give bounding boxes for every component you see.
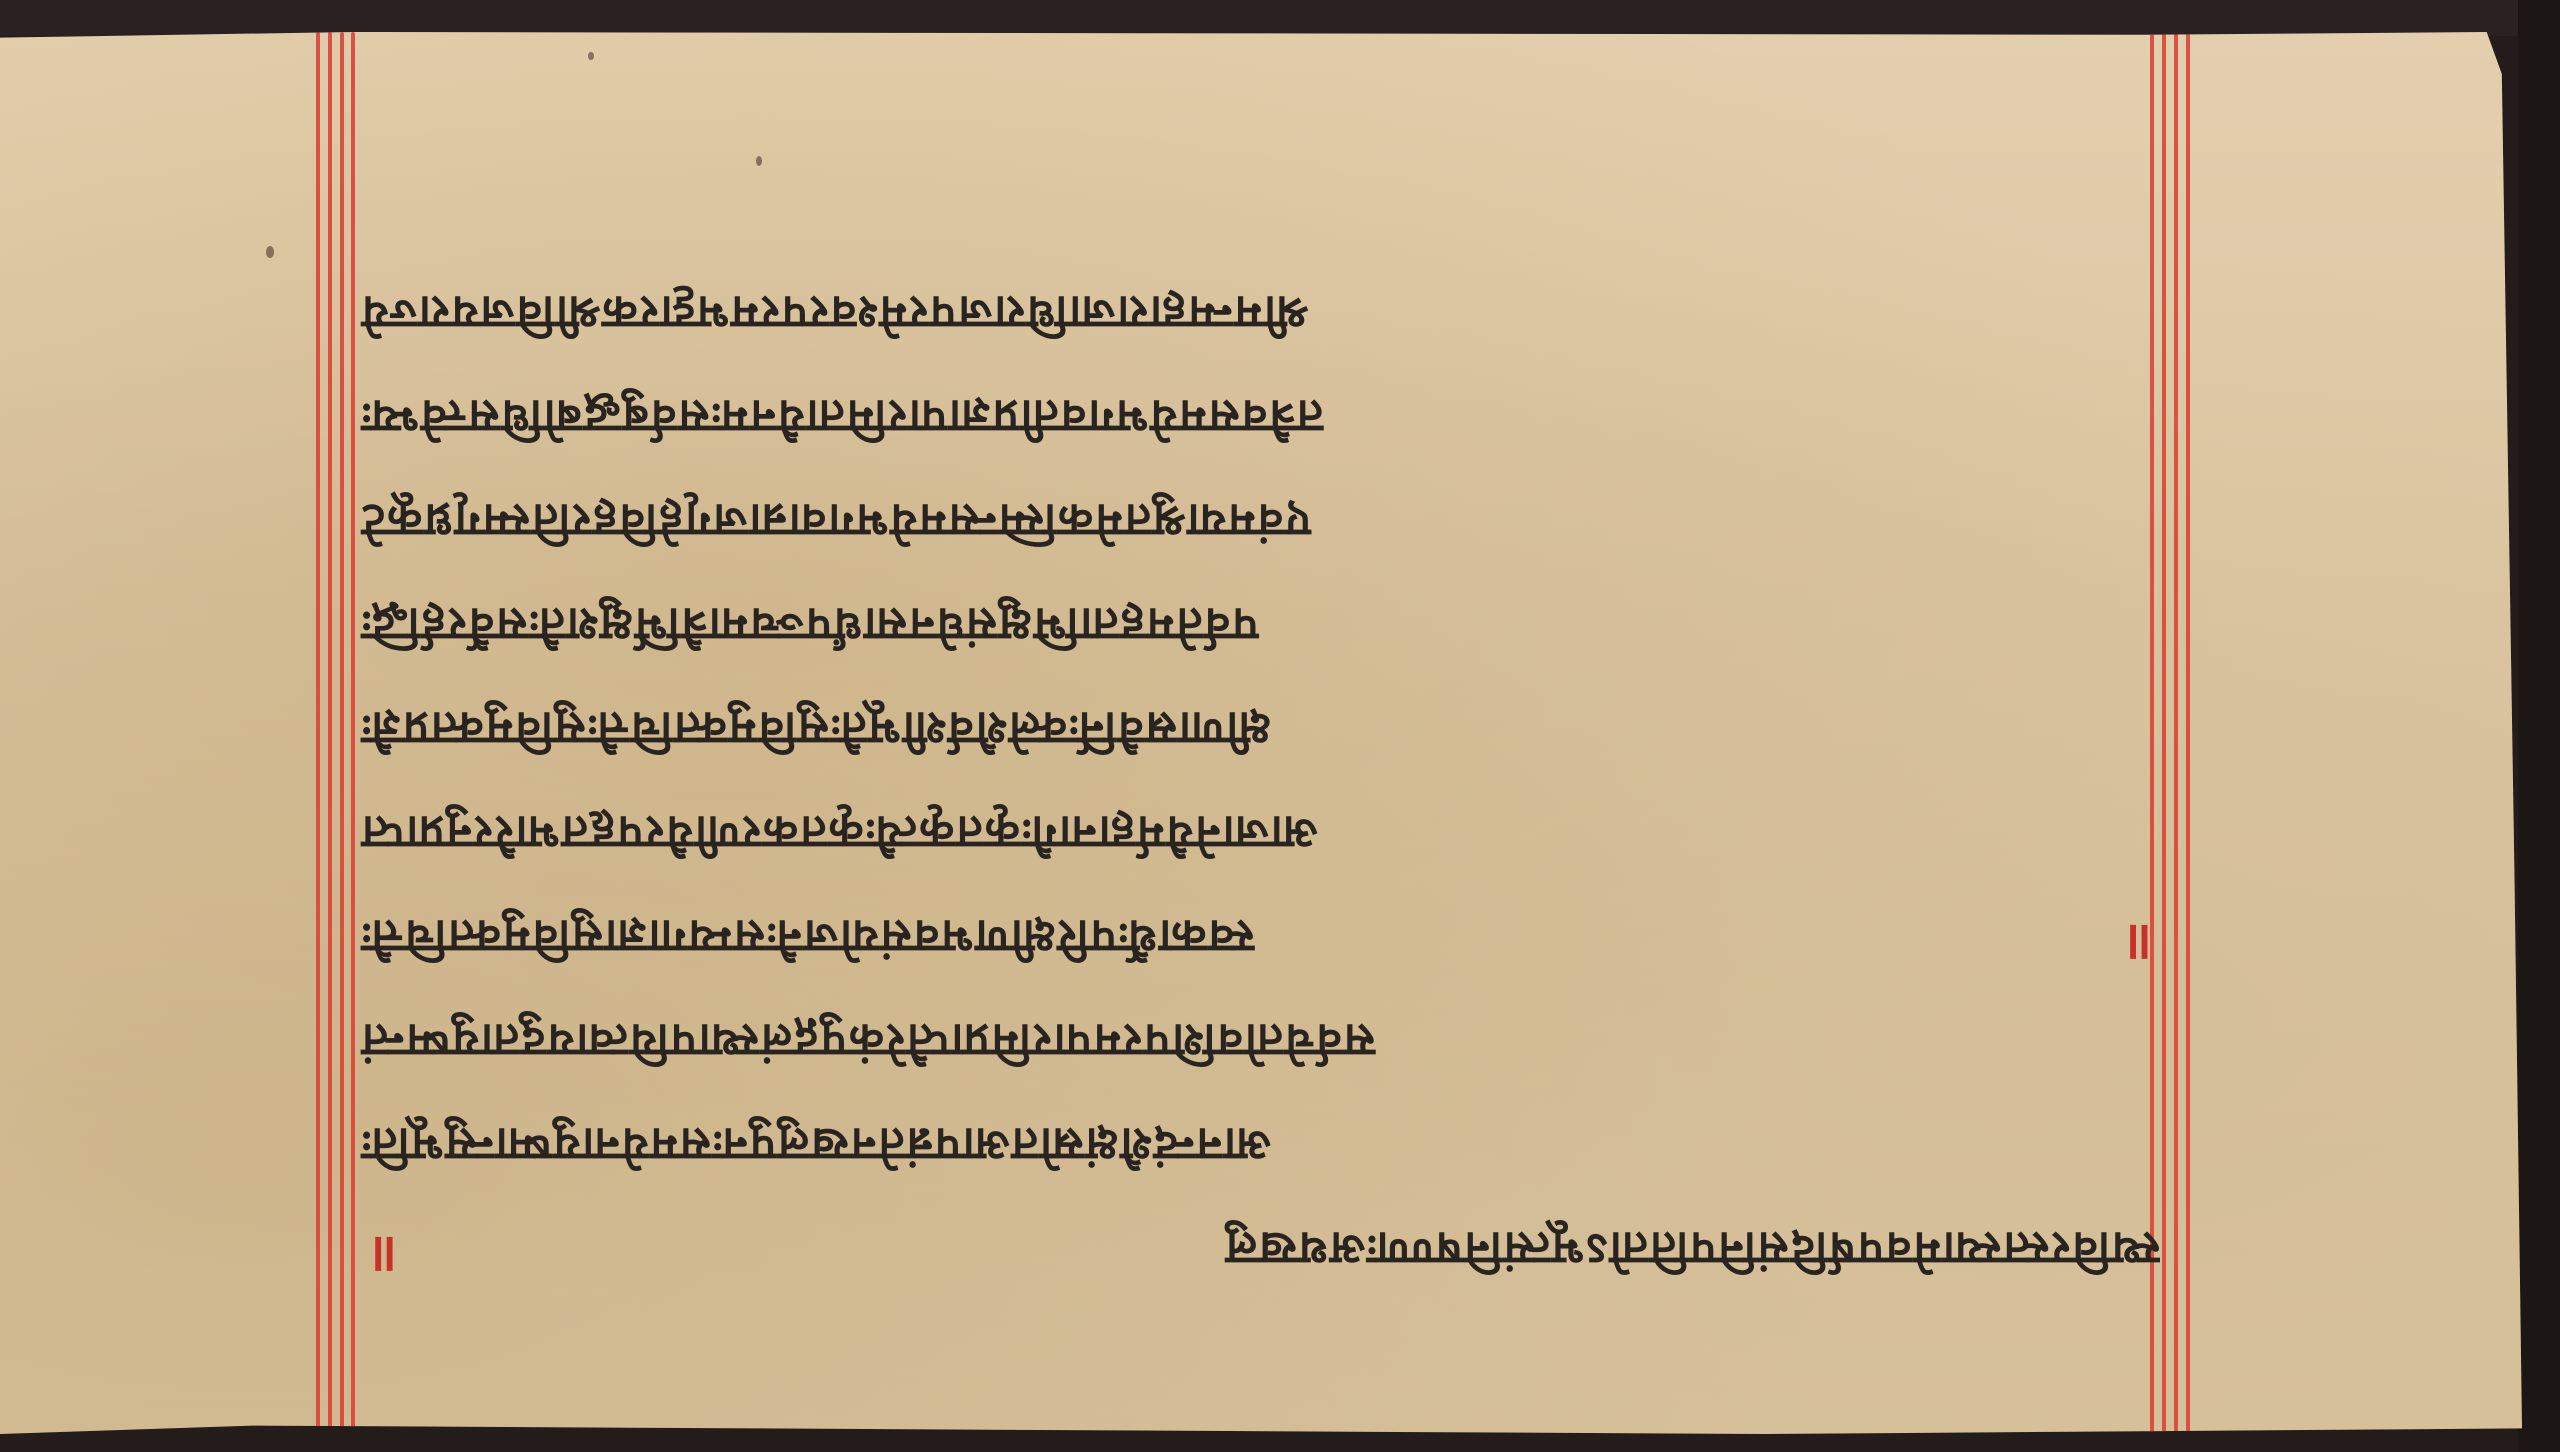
backdrop-right: [2518, 0, 2560, 1452]
right-margin-rule: [2186, 32, 2190, 1434]
right-margin-rule: [2162, 32, 2166, 1434]
left-margin-rule: [316, 32, 320, 1434]
text-line: क्षीणास्रवैर्निःक्लेशैर्वशीभूतैःसुविमुक्…: [360, 678, 2160, 782]
manuscript-text: श्रीमन्महाराजाधिराजपरमेश्वरपरमभट्टारकश्र…: [360, 262, 2160, 1302]
manuscript-leaf: श्रीमन्महाराजाधिराजपरमेश्वरपरमभट्टारकश्र…: [0, 32, 2522, 1434]
left-margin-rule: [340, 32, 344, 1434]
text-line: स्वकार्थैःपरिक्षीणभवसंयोजनैःसम्यगाज्ञासु…: [360, 886, 2160, 990]
text-line: आनन्दंशैक्षंस्रोतआपन्नंतेनखलुपुनःसमयेनाय…: [360, 1094, 2160, 1198]
text-line: एवंमयाश्रुतमेकस्मिन्समयेभगवान्राजगृहेविह…: [360, 470, 2160, 574]
text-line: श्रीमन्महाराजाधिराजपरमेश्वरपरमभट्टारकश्र…: [360, 262, 2160, 366]
ink-spot: [756, 156, 762, 166]
rubric-danda: ॥: [366, 1215, 399, 1286]
text-line: सर्वचेतोवशिपरमपारमिप्राप्तैरेकंपुद्गलंस्…: [360, 990, 2160, 1094]
left-margin-rule: [351, 32, 355, 1434]
text-line: ॥स्थविरस्तस्यामेवपर्षदिसंनिपतितोऽभूत्संन…: [360, 1198, 2160, 1302]
right-margin-rule: [2174, 32, 2178, 1434]
text-line: आजानेयैर्महानागैःकृतकृत्यैःकृतकरणीयैरपहृ…: [360, 782, 2160, 886]
text-line: तत्रैवसमयेभगवतीप्रज्ञापारमितायैनमःसर्वबु…: [360, 366, 2160, 470]
ink-spot: [588, 52, 594, 60]
ink-spot: [266, 246, 274, 258]
text-line: पर्वतेमहताभिक्षुसंघेनसार्धंपञ्चमात्रैर्भ…: [360, 574, 2160, 678]
rubric-danda: ॥: [2121, 903, 2154, 974]
left-margin-rule: [328, 32, 332, 1434]
backdrop-top: [0, 0, 2560, 36]
